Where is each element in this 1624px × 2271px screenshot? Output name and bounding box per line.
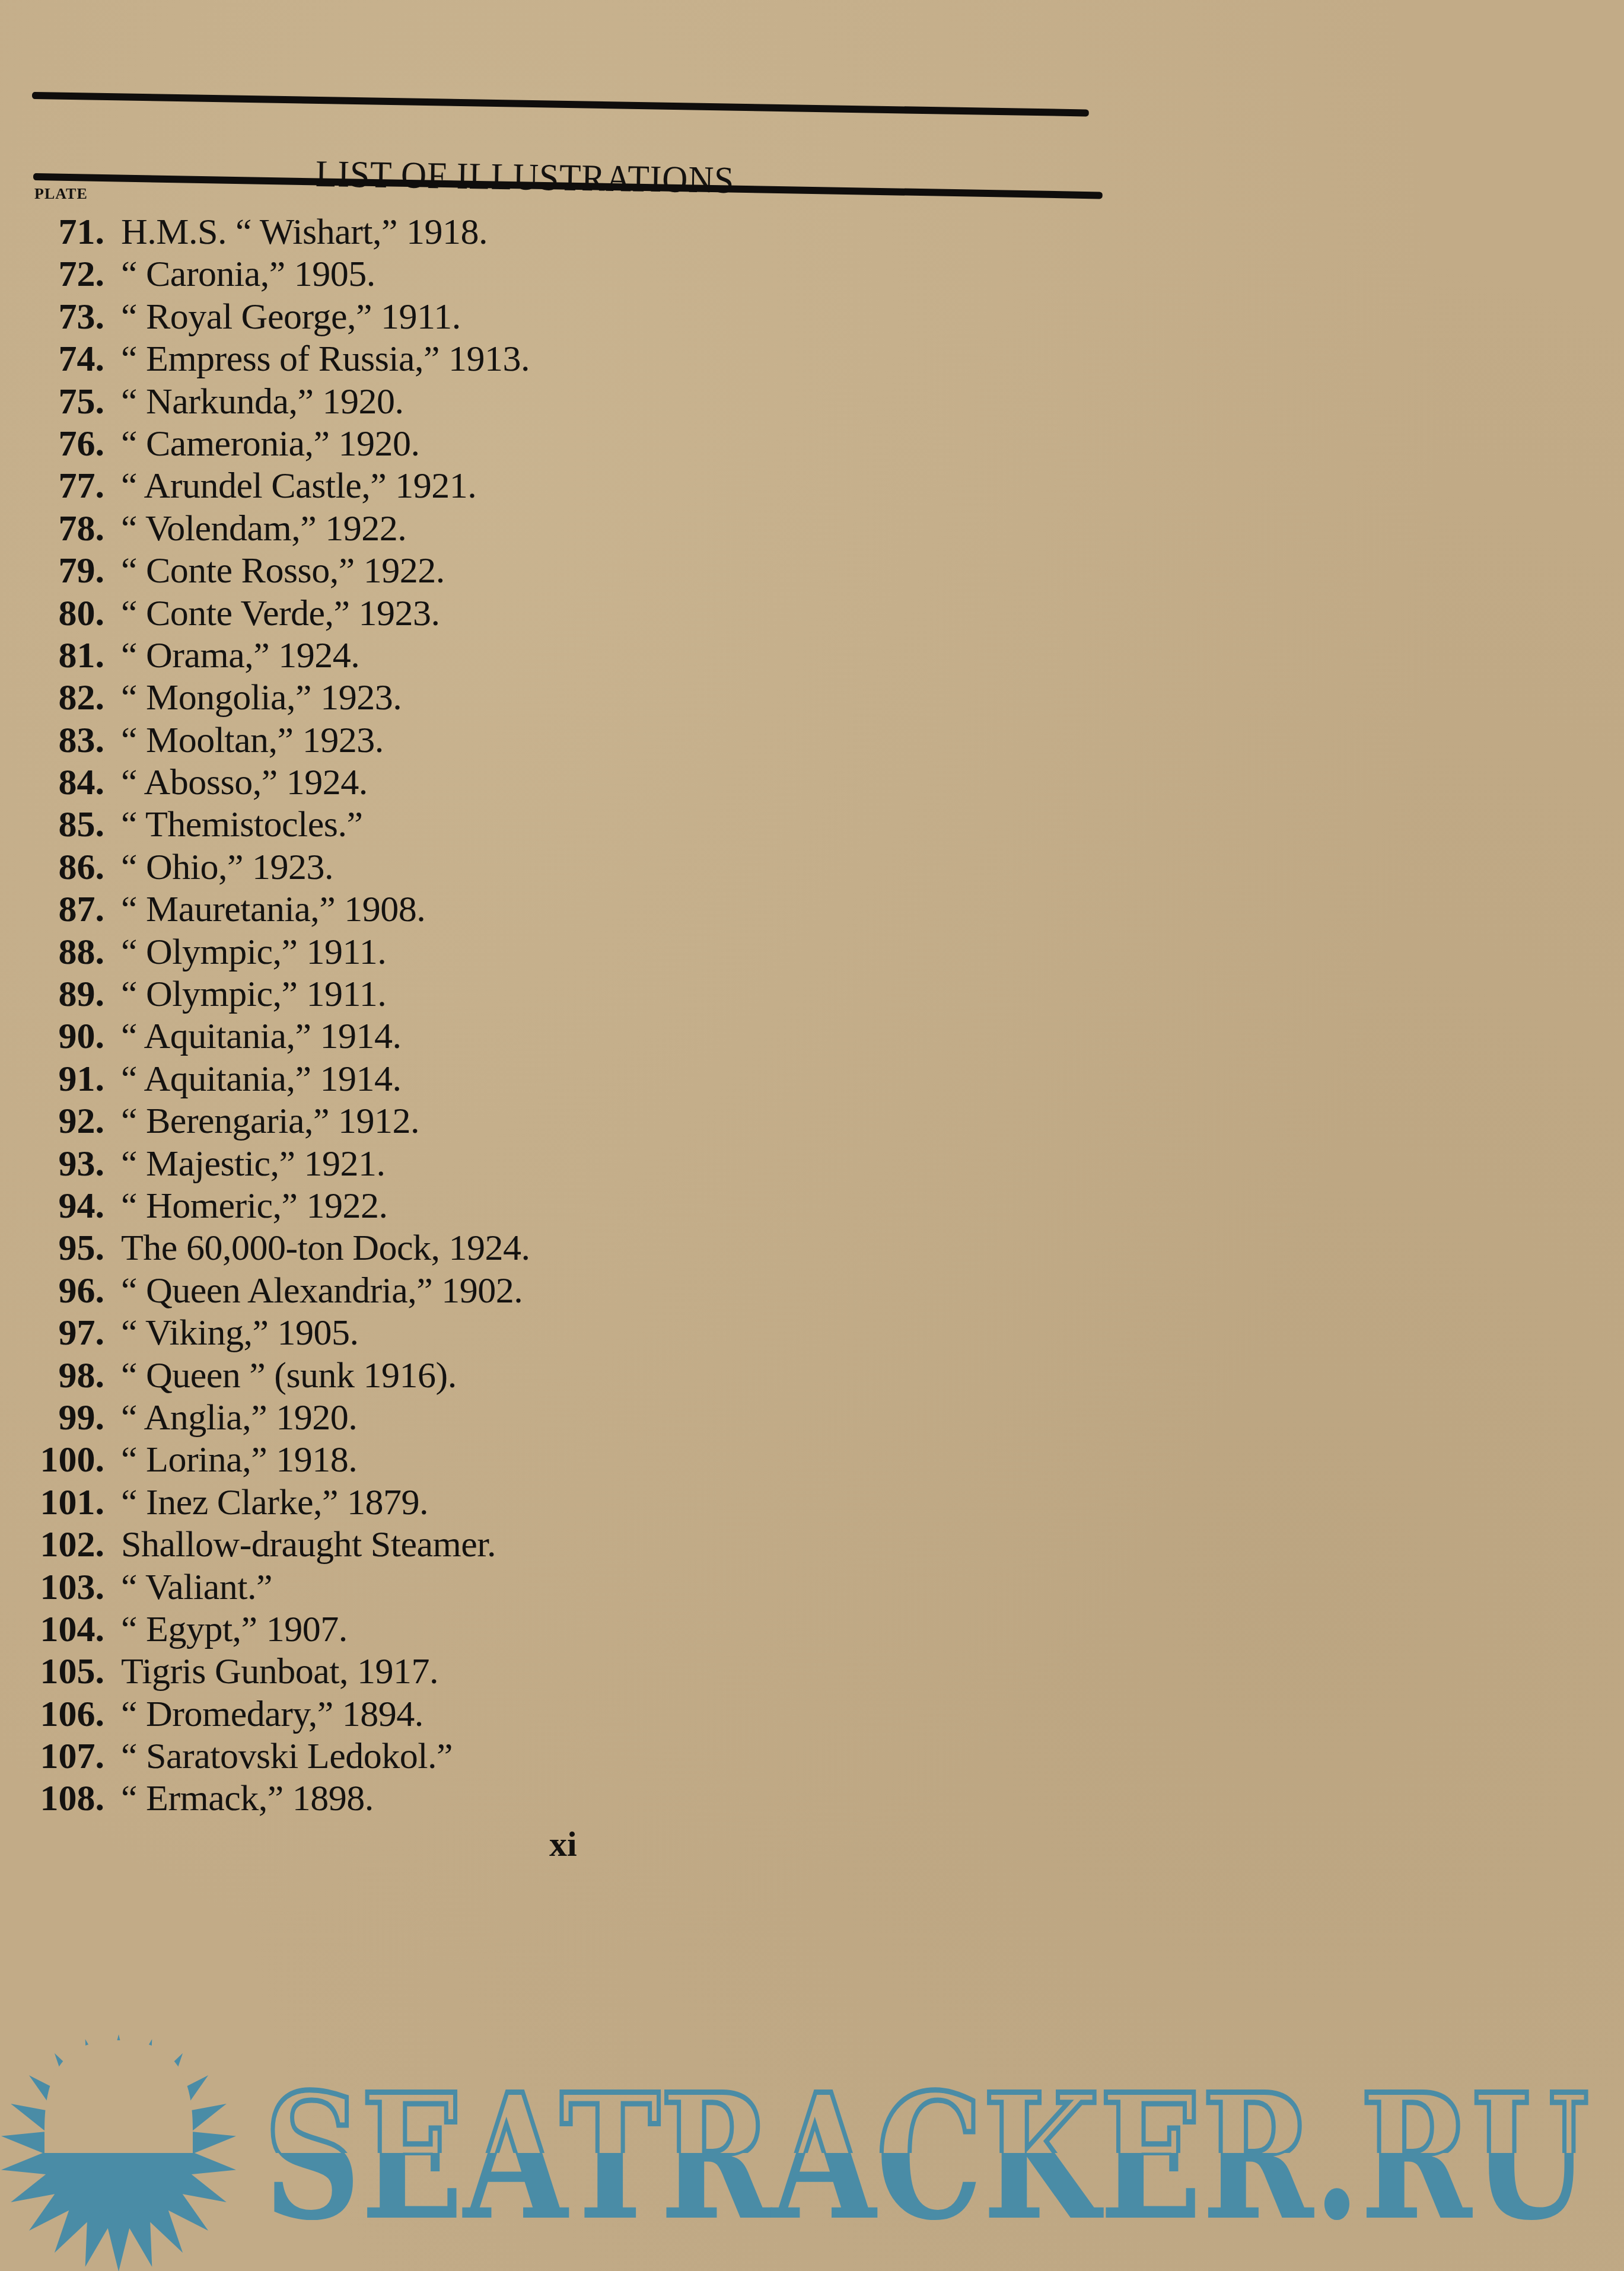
plate-title: “ Empress of Russia,” 1913. (121, 338, 530, 380)
plate-number: 73. (21, 296, 104, 338)
plate-title: “ Orama,” 1924. (121, 635, 359, 677)
list-item: 96. “ Queen Alexandria,” 1902. (0, 1270, 1186, 1312)
plate-number: 97. (21, 1312, 104, 1354)
plate-title: “ Conte Verde,” 1923. (121, 593, 440, 635)
plate-number: 82. (21, 677, 104, 719)
plate-number: 88. (21, 931, 104, 973)
plate-number: 77. (21, 465, 104, 507)
list-item: 86. “ Ohio,” 1923. (0, 846, 1186, 888)
plate-number: 95. (21, 1227, 104, 1269)
plate-number: 84. (21, 762, 104, 804)
plate-number: 83. (21, 719, 104, 762)
plate-number: 76. (21, 423, 104, 465)
list-item: 95. The 60,000-ton Dock, 1924. (0, 1227, 1186, 1269)
list-item: 88. “ Olympic,” 1911. (0, 931, 1186, 973)
plate-number: 103. (21, 1566, 104, 1609)
plate-title: “ Themistocles.” (121, 804, 363, 846)
plate-number: 102. (21, 1524, 104, 1566)
plate-number: 74. (21, 338, 104, 380)
list-item: 87. “ Mauretania,” 1908. (0, 888, 1186, 931)
list-item: 102. Shallow-draught Steamer. (0, 1524, 1186, 1566)
plate-title: “ Queen Alexandria,” 1902. (121, 1270, 523, 1312)
plate-number: 108. (21, 1778, 104, 1820)
top-rule (32, 92, 1089, 117)
list-item: 77. “ Arundel Castle,” 1921. (0, 465, 1186, 507)
plate-title: “ Volendam,” 1922. (121, 508, 406, 550)
list-item: 81. “ Orama,” 1924. (0, 635, 1186, 677)
list-item: 71. H.M.S. “ Wishart,” 1918. (0, 211, 1186, 253)
list-item: 105. Tigris Gunboat, 1917. (0, 1651, 1186, 1693)
plate-number: 86. (21, 846, 104, 888)
plate-title: “ Queen ” (sunk 1916). (121, 1355, 457, 1397)
list-item: 92. “ Berengaria,” 1912. (0, 1100, 1186, 1142)
list-item: 73. “ Royal George,” 1911. (0, 296, 1186, 338)
list-item: 75. “ Narkunda,” 1920. (0, 381, 1186, 423)
plate-number: 105. (21, 1651, 104, 1693)
list-item: 91. “ Aquitania,” 1914. (0, 1058, 1186, 1100)
plate-number: 75. (21, 381, 104, 423)
plate-title: “ Olympic,” 1911. (121, 973, 386, 1015)
list-item: 93. “ Majestic,” 1921. (0, 1143, 1186, 1185)
list-item: 94. “ Homeric,” 1922. (0, 1185, 1186, 1227)
list-item: 99. “ Anglia,” 1920. (0, 1397, 1186, 1439)
plate-number: 72. (21, 253, 104, 295)
list-item: 100. “ Lorina,” 1918. (0, 1439, 1186, 1481)
list-item: 74. “ Empress of Russia,” 1913. (0, 338, 1186, 380)
list-item: 82. “ Mongolia,” 1923. (0, 677, 1186, 719)
plate-title: “ Inez Clarke,” 1879. (121, 1482, 428, 1524)
list-item: 103. “ Valiant.” (0, 1566, 1186, 1609)
plate-title: “ Dromedary,” 1894. (121, 1693, 423, 1735)
column-label: PLATE (34, 185, 88, 203)
list-item: 78. “ Volendam,” 1922. (0, 508, 1186, 550)
list-item: 85. “ Themistocles.” (0, 804, 1186, 846)
plate-number: 100. (21, 1439, 104, 1481)
plate-number: 98. (21, 1355, 104, 1397)
list-item: 97. “ Viking,” 1905. (0, 1312, 1186, 1354)
watermark: SEATRACKER.RU SEATRACKER.RU (0, 2028, 1624, 2271)
watermark-text: SEATRACKER.RU SEATRACKER.RU (264, 2057, 1589, 2259)
plate-title: “ Narkunda,” 1920. (121, 381, 404, 423)
list-item: 101. “ Inez Clarke,” 1879. (0, 1482, 1186, 1524)
plate-title: “ Anglia,” 1920. (121, 1397, 357, 1439)
sun-icon (1, 2034, 236, 2271)
plate-title: “ Aquitania,” 1914. (121, 1058, 402, 1100)
plate-title: “ Conte Rosso,” 1922. (121, 550, 445, 592)
plate-number: 99. (21, 1397, 104, 1439)
plate-title: Tigris Gunboat, 1917. (121, 1651, 438, 1693)
plate-title: “ Olympic,” 1911. (121, 931, 386, 973)
list-item: 79. “ Conte Rosso,” 1922. (0, 550, 1186, 592)
plate-title: Shallow-draught Steamer. (121, 1524, 496, 1566)
list-item: 108. “ Ermack,” 1898. (0, 1778, 1186, 1820)
plate-number: 91. (21, 1058, 104, 1100)
list-item: 104. “ Egypt,” 1907. (0, 1609, 1186, 1651)
plate-number: 78. (21, 508, 104, 550)
plate-title: “ Caronia,” 1905. (121, 253, 375, 295)
plate-number: 87. (21, 888, 104, 931)
list-item: 89. “ Olympic,” 1911. (0, 973, 1186, 1015)
plate-title: “ Abosso,” 1924. (121, 762, 368, 804)
plate-title: “ Egypt,” 1907. (121, 1609, 348, 1651)
plate-number: 92. (21, 1100, 104, 1142)
plate-title: The 60,000-ton Dock, 1924. (121, 1227, 530, 1269)
list-item: 98. “ Queen ” (sunk 1916). (0, 1355, 1186, 1397)
plate-title: “ Valiant.” (121, 1566, 272, 1609)
list-item: 80. “ Conte Verde,” 1923. (0, 593, 1186, 635)
page-number: xi (549, 1823, 577, 1865)
plate-number: 79. (21, 550, 104, 592)
plate-number: 71. (21, 211, 104, 253)
plate-title: “ Arundel Castle,” 1921. (121, 465, 476, 507)
plate-title: “ Aquitania,” 1914. (121, 1015, 402, 1058)
plate-number: 93. (21, 1143, 104, 1185)
plate-title: “ Ermack,” 1898. (121, 1778, 374, 1820)
list-item: 107. “ Saratovski Ledokol.” (0, 1735, 1186, 1778)
plate-number: 89. (21, 973, 104, 1015)
plate-title: “ Berengaria,” 1912. (121, 1100, 419, 1142)
plate-title: “ Homeric,” 1922. (121, 1185, 387, 1227)
list-item: 84. “ Abosso,” 1924. (0, 762, 1186, 804)
plate-title: “ Cameronia,” 1920. (121, 423, 420, 465)
plate-title: “ Majestic,” 1921. (121, 1143, 386, 1185)
illustration-list: 71. H.M.S. “ Wishart,” 1918. 72. “ Caron… (0, 211, 1186, 1820)
plate-title: “ Ohio,” 1923. (121, 846, 333, 888)
plate-number: 85. (21, 804, 104, 846)
list-item: 72. “ Caronia,” 1905. (0, 253, 1186, 295)
plate-title: “ Mauretania,” 1908. (121, 888, 425, 931)
list-item: 90. “ Aquitania,” 1914. (0, 1015, 1186, 1058)
plate-title: H.M.S. “ Wishart,” 1918. (121, 211, 488, 253)
list-item: 83. “ Mooltan,” 1923. (0, 719, 1186, 762)
plate-number: 107. (21, 1735, 104, 1778)
plate-number: 104. (21, 1609, 104, 1651)
list-item: 106. “ Dromedary,” 1894. (0, 1693, 1186, 1735)
plate-number: 90. (21, 1015, 104, 1058)
list-item: 76. “ Cameronia,” 1920. (0, 423, 1186, 465)
plate-number: 81. (21, 635, 104, 677)
plate-number: 80. (21, 593, 104, 635)
plate-title: “ Saratovski Ledokol.” (121, 1735, 453, 1778)
plate-title: “ Lorina,” 1918. (121, 1439, 357, 1481)
plate-title: “ Mongolia,” 1923. (121, 677, 402, 719)
plate-number: 96. (21, 1270, 104, 1312)
plate-number: 94. (21, 1185, 104, 1227)
plate-title: “ Royal George,” 1911. (121, 296, 461, 338)
plate-number: 106. (21, 1693, 104, 1735)
plate-title: “ Mooltan,” 1923. (121, 719, 384, 762)
plate-number: 101. (21, 1482, 104, 1524)
page-title: LIST OF ILLUSTRATIONS (315, 151, 790, 204)
plate-title: “ Viking,” 1905. (121, 1312, 358, 1354)
